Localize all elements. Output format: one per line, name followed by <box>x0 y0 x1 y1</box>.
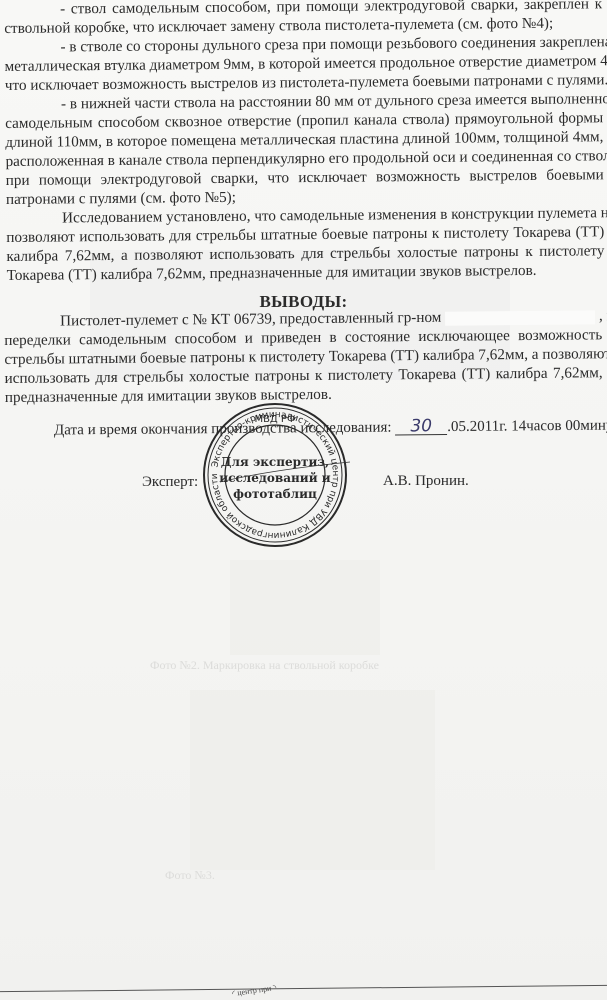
page-edge-line <box>0 985 607 992</box>
bleed-through-photo-2 <box>230 560 380 655</box>
body-text-findings: - ствол самодельным способом, при помощи… <box>4 0 605 285</box>
bleed-through-caption-2: Фото №3. <box>165 868 215 883</box>
stamp-center-line-3: фототаблиц <box>233 487 317 501</box>
body-text-conclusions: Пистолет-пулемет с № КТ 06739, предостав… <box>4 306 603 407</box>
bleed-through-photo-3 <box>190 690 435 870</box>
bleed-through-caption-1: Фото №2. Маркировка на ствольной коробке <box>150 658 379 673</box>
stamp-top-text: МВД РФ <box>254 414 296 425</box>
stamp-center-line-1: Для экспертиз, <box>221 455 329 469</box>
stamp-fragment-icon: ◜ центр при ◝ <box>232 983 277 998</box>
expert-name: А.В. Пронин. <box>383 473 469 490</box>
stamp-center-line-2: исследований и <box>219 471 330 485</box>
conclusion-end: , подвергся <box>599 307 607 325</box>
date-rest: .05.2011г. 14часов 00минут. <box>447 418 607 436</box>
handwritten-day: 30 <box>395 419 447 435</box>
expert-label: Эксперт: <box>142 474 198 491</box>
official-stamp-icon: Экспертно-криминалистический центр при У… <box>200 400 350 550</box>
redacted-name <box>445 310 595 325</box>
document-page: Фото №2. Маркировка на ствольной коробке… <box>0 0 607 1000</box>
